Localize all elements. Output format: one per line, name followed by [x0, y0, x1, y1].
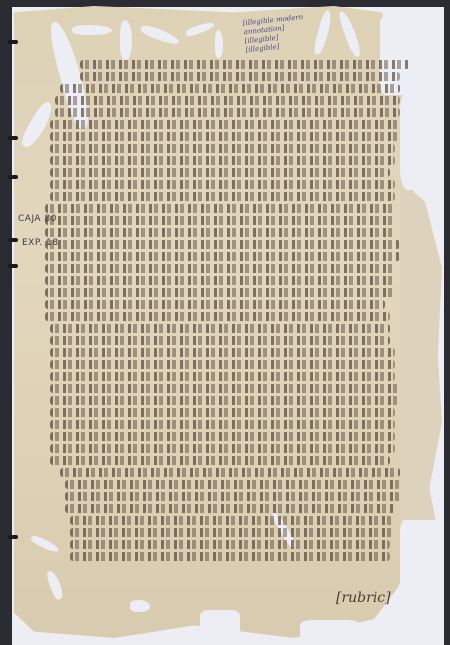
damage-hole [130, 600, 150, 612]
scan-frame-top [0, 0, 450, 7]
scan-frame-right [444, 0, 450, 645]
binding-mark [8, 136, 18, 140]
damage-hole [200, 610, 240, 640]
damage-hole [400, 520, 444, 640]
damage-hole [300, 620, 360, 645]
binding-mark [8, 264, 18, 268]
damage-hole [72, 25, 112, 35]
damage-hole [120, 20, 132, 60]
scan-frame-left [0, 0, 12, 645]
damage-hole [400, 90, 440, 190]
damage-hole [215, 30, 223, 58]
manuscript-body-text [40, 60, 400, 580]
binding-mark [8, 175, 18, 179]
binding-mark [8, 40, 18, 44]
rubric-mark: [rubric] [336, 590, 391, 606]
binding-mark [8, 535, 18, 539]
binding-mark [8, 238, 18, 242]
